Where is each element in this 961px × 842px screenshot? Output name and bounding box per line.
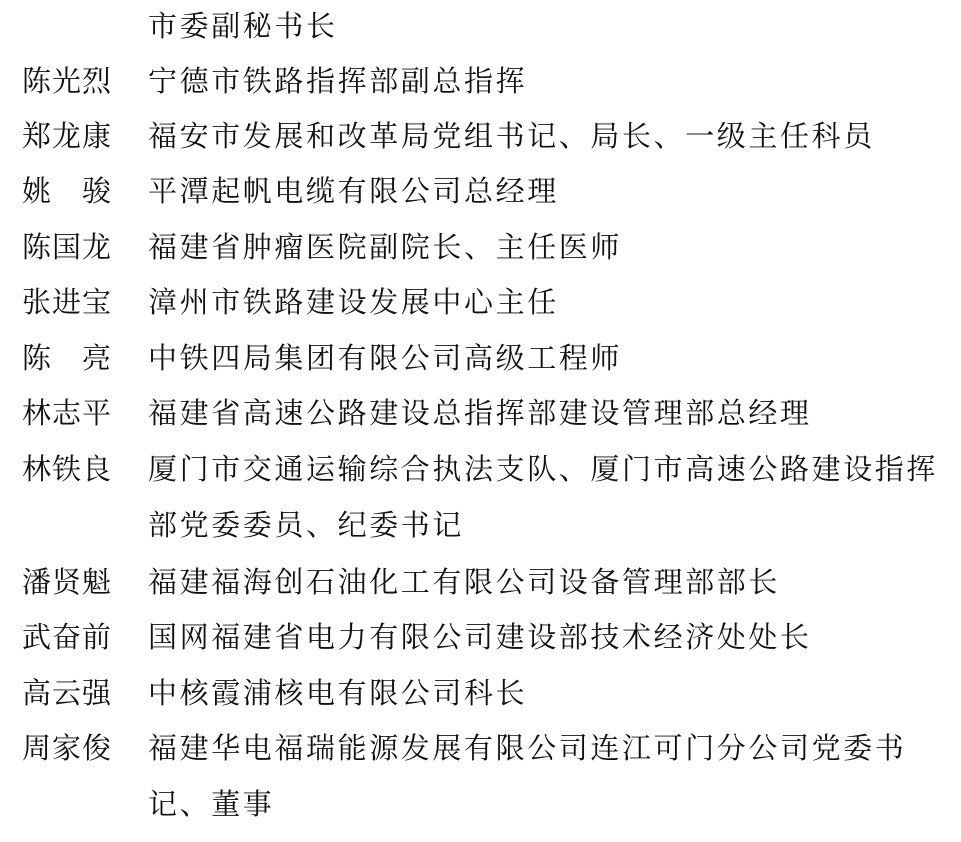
continuation-line: 市委副秘书长 — [0, 6, 961, 61]
person-name: 张进宝 — [22, 282, 134, 322]
entry-title: 中铁四局集团有限公司高级工程师 — [148, 338, 622, 378]
entry-title: 平潭起帆电缆有限公司总经理 — [148, 171, 559, 211]
person-name: 姚 骏 — [22, 171, 134, 211]
person-name: 周家俊 — [22, 728, 134, 768]
entry-title: 厦门市交通运输综合执法支队、厦门市高速公路建设指挥 — [148, 449, 938, 489]
list-item: 林铁良 厦门市交通运输综合执法支队、厦门市高速公路建设指挥 — [0, 449, 961, 504]
person-name: 郑龙康 — [22, 116, 134, 156]
person-name: 林志平 — [22, 393, 134, 433]
entry-title: 福建省高速公路建设总指挥部建设管理部总经理 — [148, 393, 812, 433]
person-name: 武奋前 — [22, 617, 134, 657]
list-item: 郑龙康 福安市发展和改革局党组书记、局长、一级主任科员 — [0, 116, 961, 171]
list-item-continuation: 记、董事 — [0, 784, 961, 839]
entry-title: 漳州市铁路建设发展中心主任 — [148, 282, 559, 322]
person-name: 高云强 — [22, 673, 134, 713]
list-item: 张进宝 漳州市铁路建设发展中心主任 — [0, 282, 961, 337]
entry-title: 福建华电福瑞能源发展有限公司连江可门分公司党委书 — [148, 728, 906, 768]
entry-title: 宁德市铁路指挥部副总指挥 — [148, 61, 527, 101]
person-name: 林铁良 — [22, 449, 134, 489]
list-item: 武奋前 国网福建省电力有限公司建设部技术经济处处长 — [0, 617, 961, 672]
person-name: 潘贤魁 — [22, 562, 134, 602]
list-item: 姚 骏 平潭起帆电缆有限公司总经理 — [0, 171, 961, 226]
entry-title: 福建福海创石油化工有限公司设备管理部部长 — [148, 562, 780, 602]
person-name: 陈光烈 — [22, 61, 134, 101]
entry-title: 福安市发展和改革局党组书记、局长、一级主任科员 — [148, 116, 875, 156]
person-name: 陈 亮 — [22, 338, 134, 378]
entry-title: 市委副秘书长 — [148, 6, 338, 46]
list-item: 陈光烈 宁德市铁路指挥部副总指挥 — [0, 61, 961, 116]
list-item: 潘贤魁 福建福海创石油化工有限公司设备管理部部长 — [0, 562, 961, 617]
list-item: 高云强 中核霞浦核电有限公司科长 — [0, 673, 961, 728]
entry-title-continued: 记、董事 — [148, 784, 274, 824]
list-item: 陈 亮 中铁四局集团有限公司高级工程师 — [0, 338, 961, 393]
entry-title: 国网福建省电力有限公司建设部技术经济处处长 — [148, 617, 812, 657]
list-item-continuation: 部党委委员、纪委书记 — [0, 505, 961, 560]
entry-title-continued: 部党委委员、纪委书记 — [148, 505, 464, 545]
entry-title: 福建省肿瘤医院副院长、主任医师 — [148, 227, 622, 267]
entry-title: 中核霞浦核电有限公司科长 — [148, 673, 527, 713]
list-item: 陈国龙 福建省肿瘤医院副院长、主任医师 — [0, 227, 961, 282]
list-item: 周家俊 福建华电福瑞能源发展有限公司连江可门分公司党委书 — [0, 728, 961, 783]
person-name: 陈国龙 — [22, 227, 134, 267]
list-item: 林志平 福建省高速公路建设总指挥部建设管理部总经理 — [0, 393, 961, 448]
